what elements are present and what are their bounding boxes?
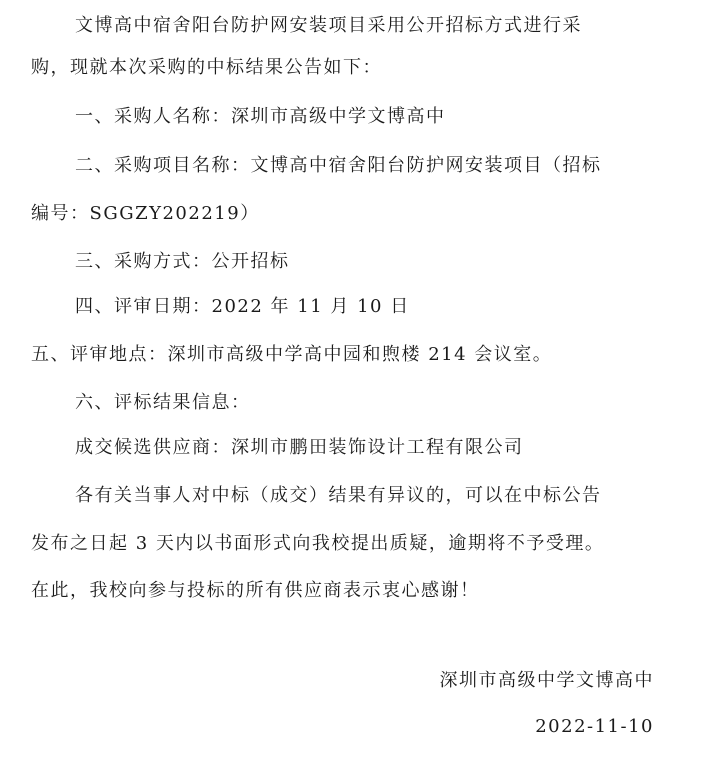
objection-notice-line-1: 各有关当事人对中标（成交）结果有异议的，可以在中标公告 [75, 485, 602, 507]
project-name-line-2: 编号：SGGZY202219） [31, 203, 260, 225]
review-location: 五、评审地点：深圳市高级中学高中园和煦楼 214 会议室。 [31, 344, 552, 366]
signature-date: 2022-11-10 [535, 716, 654, 738]
review-date: 四、评审日期：2022 年 11 月 10 日 [75, 296, 410, 318]
winning-supplier: 成交候选供应商：深圳市鹏田装饰设计工程有限公司 [75, 437, 524, 459]
bid-result-heading: 六、评标结果信息： [75, 392, 251, 414]
objection-notice-line-2: 发布之日起 3 天内以书面形式向我校提出质疑，逾期将不予受理。 [31, 533, 604, 555]
procurement-method: 三、采购方式：公开招标 [75, 251, 290, 273]
intro-paragraph-line-2: 购，现就本次采购的中标结果公告如下： [31, 57, 382, 79]
purchaser-name: 一、采购人名称：深圳市高级中学文博高中 [75, 106, 446, 128]
intro-paragraph-line-1: 文博高中宿舍阳台防护网安装项目采用公开招标方式进行采 [75, 15, 582, 37]
thanks-line: 在此，我校向参与投标的所有供应商表示衷心感谢！ [31, 580, 480, 602]
signature-organization: 深圳市高级中学文博高中 [440, 670, 655, 692]
project-name-line-1: 二、采购项目名称：文博高中宿舍阳台防护网安装项目（招标 [75, 155, 602, 177]
